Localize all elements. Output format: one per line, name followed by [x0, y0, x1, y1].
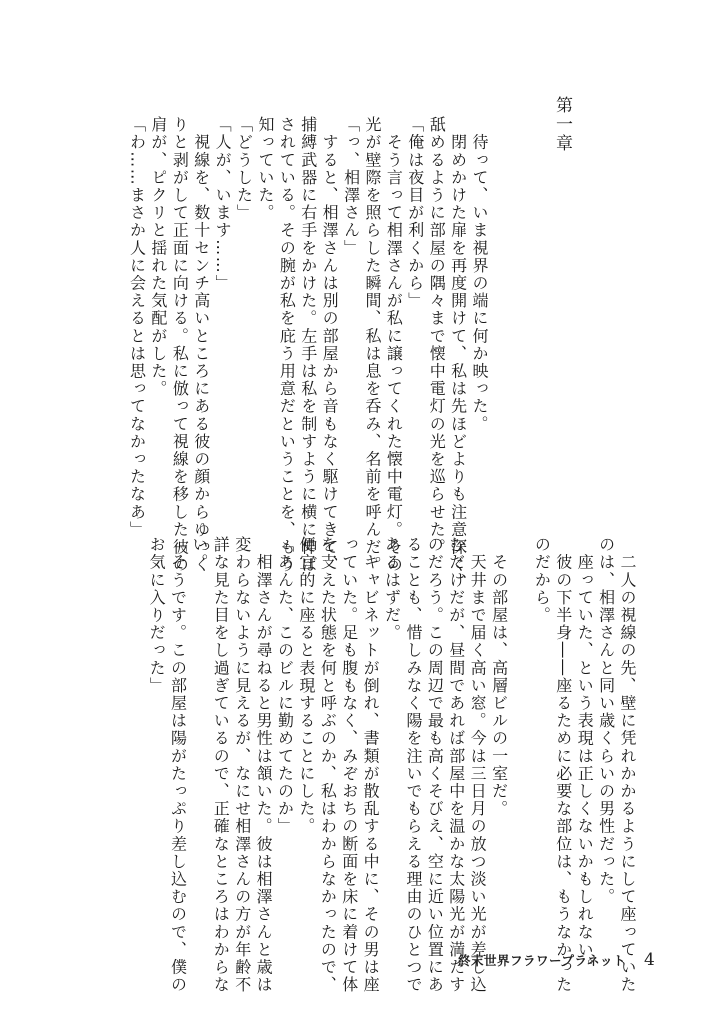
- text-line: 二人の視線の先、壁に凭れかかるようにして座っていた: [617, 536, 638, 936]
- text-line: りと剥がして正面に向ける。私に倣って視線を移した彼の: [169, 116, 190, 486]
- text-line: 「どうした」: [233, 116, 254, 486]
- book-title: 終末世界フラワープラネット: [458, 953, 626, 968]
- text-line: のだろう。この周辺で最も高くそびえ、空に近い位置にあ: [424, 536, 445, 936]
- text-line: 便宜的に座ると表現することにした。: [296, 536, 317, 936]
- lower-text-block: 二人の視線の先、壁に凭れかかるようにして座っていた のは、相澤さんと同い歳くらい…: [146, 536, 638, 936]
- text-line: 変わらないように見えるが、なにせ相澤さんの方が年齢不: [231, 536, 252, 936]
- text-line: されている。その腕が私を庇う用意だということを、もう: [276, 116, 297, 486]
- page-footer: 終末世界フラワープラネット4: [458, 950, 655, 970]
- text-line: 相澤さんが尋ねると男性は頷いた。彼は相澤さんと歳は: [253, 536, 274, 936]
- text-line: 詳な見た目をし過ぎているので、正確なところはわからな: [210, 536, 231, 936]
- text-line: 「わ……まさか人に会えるとは思ってなかったなあ」: [126, 116, 147, 486]
- text-line: 座っていた、という表現は正しくないかもしれない。: [574, 536, 595, 936]
- upper-text-block: 待って、いま視界の端に何か映った。 閉めかけた扉を再度開けて、私は先ほどよりも注…: [126, 116, 490, 486]
- text-line: 閉めかけた扉を再度開けて、私は先ほどよりも注意深く、: [447, 116, 468, 486]
- text-line: 「人が、います……」: [212, 116, 233, 486]
- text-line: 肩が、ピクリと揺れた気配がした。: [148, 116, 169, 486]
- text-line: 天井まで届く高い窓。今は三日月の放つ淡い光が差し込: [467, 536, 488, 936]
- text-line: すると、相澤さんは別の部屋から音もなく駆けてきて、: [319, 116, 340, 486]
- chapter-title: 第一章: [553, 96, 570, 153]
- text-line: あるはずだ。: [381, 536, 402, 936]
- text-line: っていた。足も腹もなく、みぞおちの断面を床に着けて体: [338, 536, 359, 936]
- text-line: 視線を、数十センチ高いところにある彼の顔からゆっく: [190, 116, 211, 486]
- text-line: 「あんた、このビルに勤めてたのか」: [274, 536, 295, 936]
- text-line: い。: [188, 536, 209, 936]
- text-line: お気に入りだった」: [146, 536, 167, 936]
- text-line: 待って、いま視界の端に何か映った。: [469, 116, 490, 486]
- blank-line: [510, 536, 531, 936]
- text-line: 「俺は夜目が利くから」: [404, 116, 425, 486]
- text-line: のは、相澤さんと同い歳くらいの男性だった。: [595, 536, 616, 936]
- book-page: 第一章 待って、いま視界の端に何か映った。 閉めかけた扉を再度開けて、私は先ほど…: [0, 0, 728, 1024]
- text-line: 彼の下半身――座るために必要な部位は、もうなかった: [552, 536, 573, 936]
- page-number: 4: [644, 950, 655, 970]
- text-line: 「っ、相澤さん」: [340, 116, 361, 486]
- text-line: 舐めるように部屋の隅々まで懐中電灯の光を巡らせた。: [426, 116, 447, 486]
- text-line: 捕縛武器に右手をかけた。左手は私を制すように横に伸ば: [297, 116, 318, 486]
- text-line: 「そうです。この部屋は陽がたっぷり差し込むので、僕の: [167, 536, 188, 936]
- text-line: その部屋は、高層ビルの一室だ。: [488, 536, 509, 936]
- text-line: むだけだが、昼間であれば部屋中を温かな太陽光が満たす: [445, 536, 466, 936]
- text-line: 光が壁際を照らした瞬間、私は息を呑み、名前を呼んだ。: [362, 116, 383, 486]
- text-line: のだから。: [531, 536, 552, 936]
- text-line: ることも、惜しみなく陽を注いでもらえる理由のひとつで: [403, 536, 424, 936]
- text-line: キャビネットが倒れ、書類が散乱する中に、その男は座: [360, 536, 381, 936]
- text-line: そう言って相澤さんが私に譲ってくれた懐中電灯。その: [383, 116, 404, 486]
- text-line: を支えた状態を何と呼ぶのか、私はわからなかったので、: [317, 536, 338, 936]
- text-line: 知っていた。: [255, 116, 276, 486]
